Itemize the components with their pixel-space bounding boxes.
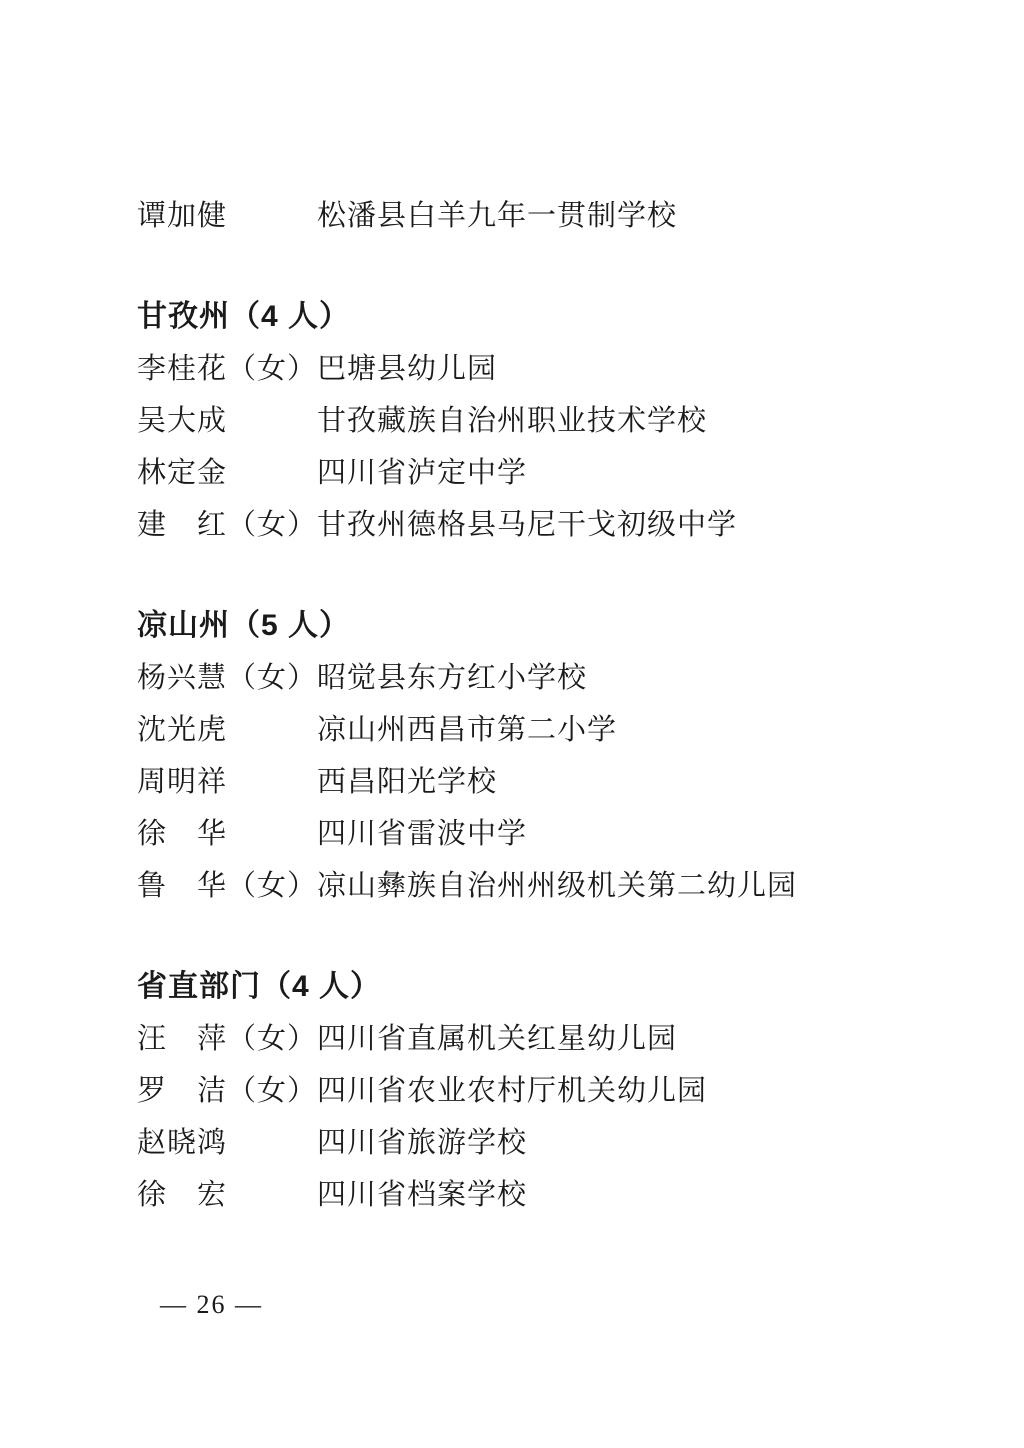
entry-school: 甘孜藏族自治州职业技术学校 [317,407,984,436]
entry-name: 徐 华 [137,820,317,849]
entry-name: 徐 宏 [137,1181,317,1210]
section-title: 凉山州（5 人） [137,600,984,652]
entry-row: 吴大成 甘孜藏族自治州职业技术学校 [137,395,984,447]
entry-row: 沈光虎 凉山州西昌市第二小学 [137,704,984,756]
entry-row: 徐 华 四川省雷波中学 [137,808,984,860]
entry-name: 建 红（女） [137,511,317,540]
entry-school: 西昌阳光学校 [317,768,984,797]
entry-school: 松潘县白羊九年一贯制学校 [317,202,984,231]
entry-school: 凉山彝族自治州州级机关第二幼儿园 [317,872,984,901]
entry-row: 罗 洁（女） 四川省农业农村厅机关幼儿园 [137,1065,984,1117]
entry-row: 徐 宏 四川省档案学校 [137,1169,984,1221]
entry-row: 李桂花（女） 巴塘县幼儿园 [137,343,984,395]
entry-row: 汪 萍（女） 四川省直属机关红星幼儿园 [137,1013,984,1065]
entry-row: 林定金 四川省泸定中学 [137,447,984,499]
section-title: 省直部门（4 人） [137,961,984,1013]
entry-row: 周明祥 西昌阳光学校 [137,756,984,808]
section-shengzhi: 省直部门（4 人） 汪 萍（女） 四川省直属机关红星幼儿园 罗 洁（女） 四川省… [137,961,984,1221]
entry-school: 四川省档案学校 [317,1181,984,1210]
entry-row: 建 红（女） 甘孜州德格县马尼干戈初级中学 [137,499,984,551]
entry-row: 杨兴慧（女） 昭觉县东方红小学校 [137,652,984,704]
entry-name: 鲁 华（女） [137,872,317,901]
entry-row: 谭加健 松潘县白羊九年一贯制学校 [137,190,984,242]
entry-row: 赵晓鸿 四川省旅游学校 [137,1117,984,1169]
entry-name: 周明祥 [137,768,317,797]
entry-name: 李桂花（女） [137,355,317,384]
entry-name: 汪 萍（女） [137,1025,317,1054]
entry-school: 巴塘县幼儿园 [317,355,984,384]
entry-name: 赵晓鸿 [137,1129,317,1158]
entry-name: 沈光虎 [137,716,317,745]
section-liangshan: 凉山州（5 人） 杨兴慧（女） 昭觉县东方红小学校 沈光虎 凉山州西昌市第二小学… [137,600,984,912]
entry-school: 四川省雷波中学 [317,820,984,849]
document-page: { "page": { "background_color": "#ffffff… [0,0,1024,1448]
entry-school: 四川省旅游学校 [317,1129,984,1158]
entry-name: 杨兴慧（女） [137,664,317,693]
entry-school: 昭觉县东方红小学校 [317,664,984,693]
document-body: 谭加健 松潘县白羊九年一贯制学校 甘孜州（4 人） 李桂花（女） 巴塘县幼儿园 … [137,190,984,1221]
entry-school: 四川省泸定中学 [317,459,984,488]
section-ganzi: 甘孜州（4 人） 李桂花（女） 巴塘县幼儿园 吴大成 甘孜藏族自治州职业技术学校… [137,291,984,551]
entry-name: 林定金 [137,459,317,488]
entry-school: 四川省农业农村厅机关幼儿园 [317,1077,984,1106]
entry-name: 罗 洁（女） [137,1077,317,1106]
entry-school: 四川省直属机关红星幼儿园 [317,1025,984,1054]
entry-name: 谭加健 [137,202,317,231]
entry-school: 凉山州西昌市第二小学 [317,716,984,745]
entry-school: 甘孜州德格县马尼干戈初级中学 [317,511,984,540]
section-title: 甘孜州（4 人） [137,291,984,343]
page-number: — 26 — [160,1292,263,1318]
entry-row: 鲁 华（女） 凉山彝族自治州州级机关第二幼儿园 [137,860,984,912]
entry-name: 吴大成 [137,407,317,436]
